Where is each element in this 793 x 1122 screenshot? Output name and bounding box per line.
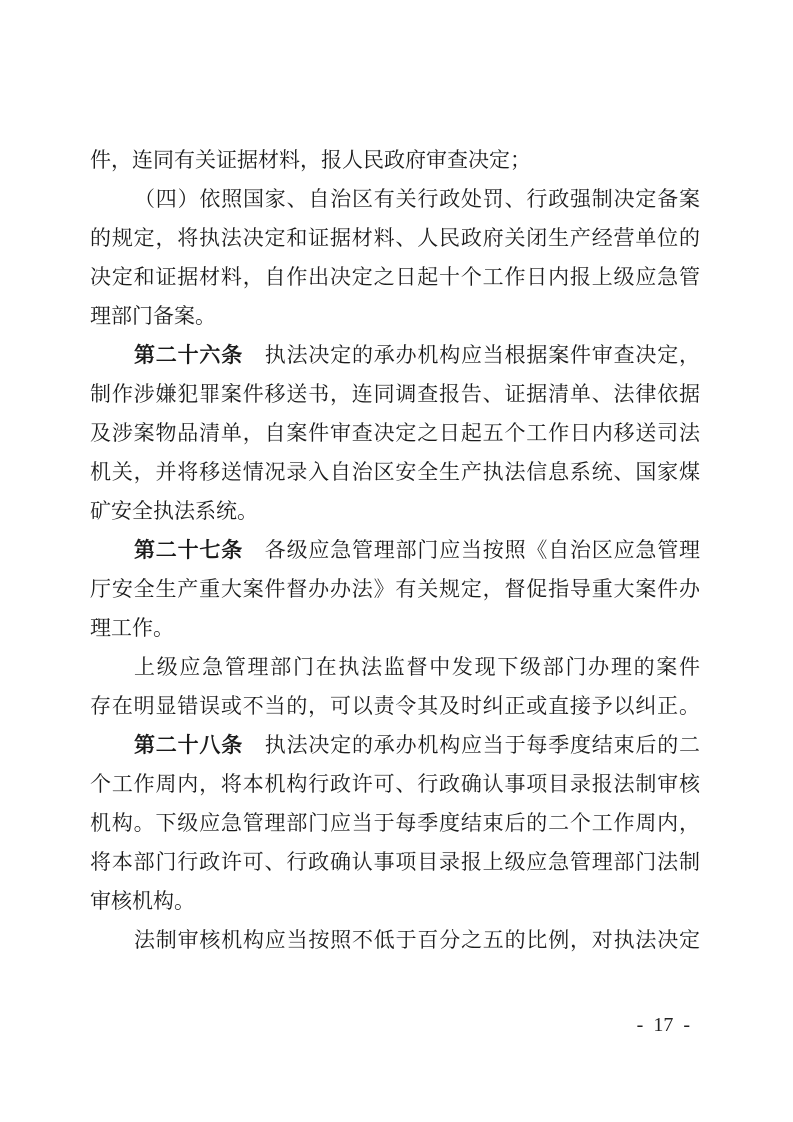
text-line: 理部门备案。 [90, 297, 700, 336]
text-line: 机关，并将移送情况录入自治区安全生产执法信息系统、国家煤 [90, 453, 700, 492]
document-page: 件，连同有关证据材料，报人民政府审查决定；（四）依照国家、自治区有关行政处罚、行… [0, 0, 793, 1122]
article-number: 第二十七条 [134, 538, 243, 562]
text-line: 机构。下级应急管理部门应当于每季度结束后的二个工作周内， [90, 804, 700, 843]
text-line: 矿安全执法系统。 [90, 492, 700, 531]
text-line: 的规定，将执法决定和证据材料、人民政府关闭生产经营单位的 [90, 219, 700, 258]
text-line: 第二十八条 执法决定的承办机构应当于每季度结束后的二 [90, 726, 700, 765]
document-body: 件，连同有关证据材料，报人民政府审查决定；（四）依照国家、自治区有关行政处罚、行… [90, 141, 700, 960]
text-line: 上级应急管理部门在执法监督中发现下级部门办理的案件 [90, 648, 700, 687]
text-line: 将本部门行政许可、行政确认事项目录报上级应急管理部门法制 [90, 843, 700, 882]
text-line: 件，连同有关证据材料，报人民政府审查决定； [90, 141, 700, 180]
text-line: 第二十六条 执法决定的承办机构应当根据案件审查决定， [90, 336, 700, 375]
text-line: 存在明显错误或不当的，可以责令其及时纠正或直接予以纠正。 [90, 687, 700, 726]
text-line: 决定和证据材料，自作出决定之日起十个工作日内报上级应急管 [90, 258, 700, 297]
text-line: （四）依照国家、自治区有关行政处罚、行政强制决定备案 [90, 180, 700, 219]
page-number: - 17 - [637, 1012, 690, 1038]
text-line: 第二十七条 各级应急管理部门应当按照《自治区应急管理 [90, 531, 700, 570]
article-number: 第二十六条 [134, 343, 243, 367]
text-line: 法制审核机构应当按照不低于百分之五的比例，对执法决定 [90, 921, 700, 960]
text-line: 制作涉嫌犯罪案件移送书，连同调查报告、证据清单、法律依据 [90, 375, 700, 414]
text-line: 审核机构。 [90, 882, 700, 921]
text-line: 个工作周内，将本机构行政许可、行政确认事项目录报法制审核 [90, 765, 700, 804]
text-line: 及涉案物品清单，自案件审查决定之日起五个工作日内移送司法 [90, 414, 700, 453]
text-line: 厅安全生产重大案件督办办法》有关规定，督促指导重大案件办 [90, 570, 700, 609]
text-line: 理工作。 [90, 609, 700, 648]
article-number: 第二十八条 [134, 733, 243, 757]
